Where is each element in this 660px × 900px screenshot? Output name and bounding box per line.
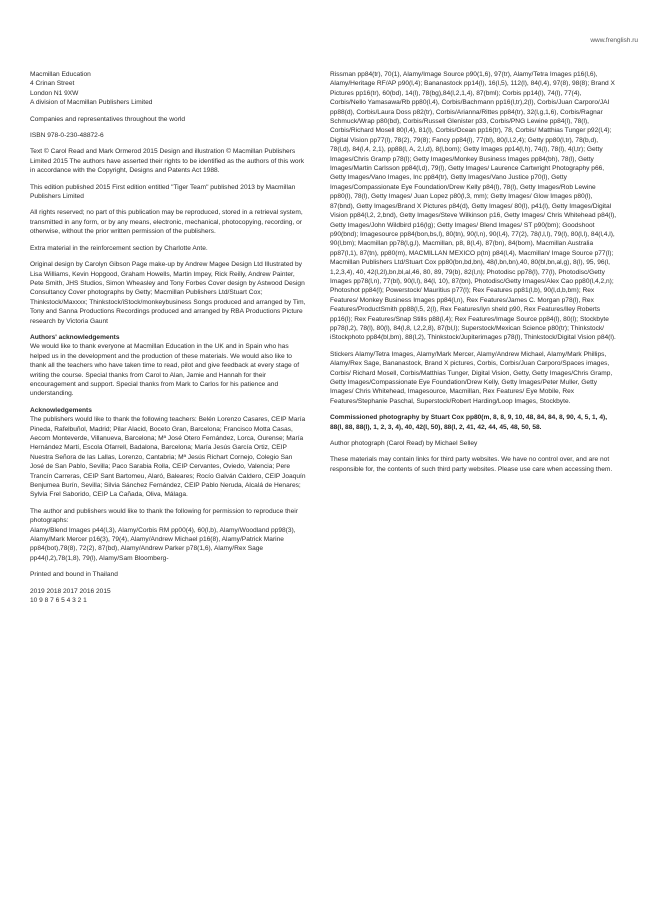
- print-years: 2019 2018 2017 2016 2015: [30, 588, 111, 595]
- photo-permission: The author and publishers would like to …: [30, 508, 298, 524]
- third-party-disclaimer: These materials may contain links for th…: [330, 455, 618, 474]
- photo-credits-continued: Rissman pp84(tr), 70(1), Alamy/Image Sou…: [330, 70, 618, 343]
- printed-text: Printed and bound in Thailand: [30, 570, 308, 579]
- sticker-credits: Stickers Alamy/Tetra Images, Alamy/Mark …: [330, 350, 618, 406]
- authors-ack-title: Authors' acknowledgements: [30, 334, 120, 341]
- design-credits: Original design by Carolyn Gibson Page m…: [30, 260, 308, 326]
- copyright-text: Text © Carol Read and Mark Ormerod 2015 …: [30, 147, 308, 175]
- authors-acknowledgements: Authors' acknowledgements We would like …: [30, 333, 308, 399]
- authors-ack-body: We would like to thank everyone at Macmi…: [30, 343, 299, 397]
- publisher-division: A division of Macmillan Publishers Limit…: [30, 99, 152, 106]
- left-column: Macmillan Education 4 Crinan Street Lond…: [30, 70, 308, 613]
- rights-text: All rights reserved; no part of this pub…: [30, 208, 308, 236]
- right-column: Rissman pp84(tr), 70(1), Alamy/Image Sou…: [330, 70, 618, 481]
- acknowledgements: Acknowledgements The publishers would li…: [30, 406, 308, 500]
- publisher-city: London N1 9XW: [30, 90, 78, 97]
- edition-text: This edition published 2015 First editio…: [30, 183, 308, 202]
- print-numbers: 10 9 8 7 6 5 4 3 2 1: [30, 597, 87, 604]
- extra-material-text: Extra material in the reinforcement sect…: [30, 244, 308, 253]
- publisher-block: Macmillan Education 4 Crinan Street Lond…: [30, 70, 308, 108]
- print-line: 2019 2018 2017 2016 2015 10 9 8 7 6 5 4 …: [30, 587, 308, 606]
- author-photo-credit: Author photograph (Carol Read) by Michae…: [330, 439, 618, 448]
- ack-title: Acknowledgements: [30, 407, 92, 414]
- photo-credits-intro: The author and publishers would like to …: [30, 507, 308, 563]
- website-url: www.frenglish.ru: [590, 37, 638, 44]
- commissioned-photography: Commissioned photography by Stuart Cox p…: [330, 413, 618, 432]
- publisher-street: 4 Crinan Street: [30, 80, 74, 87]
- companies-text: Companies and representatives throughout…: [30, 115, 308, 124]
- ack-body: The publishers would like to thank the f…: [30, 416, 306, 498]
- isbn-text: ISBN 978-0-230-48872-6: [30, 131, 308, 140]
- publisher-name: Macmillan Education: [30, 71, 91, 78]
- photo-credits-start: Alamy/Blend Images p44(l,3), Alamy/Corbi…: [30, 527, 296, 562]
